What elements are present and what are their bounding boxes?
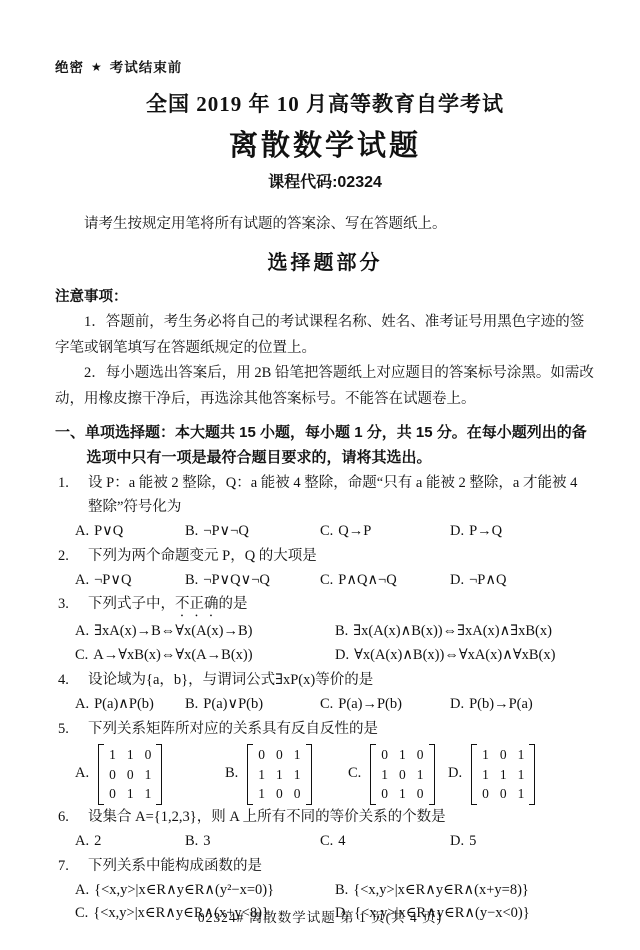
option-b: B.3 [185,830,320,854]
classification-label: 绝密 [55,60,84,75]
question-1-text: 1. 设 P：a 能被 2 整除，Q：a 能被 4 整除，命题“只有 a 能被 … [55,472,595,520]
right-bracket [529,744,535,805]
option-a: A.∃xA(x)→B⇔∀x(A(x)→B) [75,620,335,644]
option-c: C.4 [320,830,450,854]
option-d: D.P(b)→P(a) [450,693,595,717]
option-a: A.¬P∨Q [75,569,185,593]
exam-session-title: 全国 2019 年 10 月高等教育自学考试 [55,88,595,118]
question-4: 4. 设论域为{a，b}，与谓词公式∃xP(x)等价的是 A.P(a)∧P(b)… [55,669,595,717]
option-b: B.∃x(A(x)∧B(x))⇔∃xA(x)∧∃xB(x) [335,620,595,644]
option-d: D.¬P∧Q [450,569,595,593]
option-a: A.P(a)∧P(b) [75,693,185,717]
question-1: 1. 设 P：a 能被 2 整除，Q：a 能被 4 整除，命题“只有 a 能被 … [55,472,595,544]
question-3: 3. 下列式子中，不正确的是 A.∃xA(x)→B⇔∀x(A(x)→B) B.∃… [55,593,595,668]
star-icon: ★ [91,60,103,74]
option-b: B.¬P∨¬Q [185,520,320,544]
option-c: C.P∧Q∧¬Q [320,569,450,593]
page-footer: 02324# 离散数学试题 第 1 页(共 4 页) [0,906,640,926]
relation-matrix-c: 010101010 [370,744,434,805]
notes-title: 注意事项： [55,285,595,310]
note-item-1: 1．答题前，考生务必将自己的考试课程名称、姓名、准考证号用黑色字迹的签字笔或钢笔… [55,310,595,361]
relation-matrix-a: 110001011 [98,744,162,805]
option-c: C.P(a)→P(b) [320,693,450,717]
option-a: A.P∨Q [75,520,185,544]
question-2-options: A.¬P∨Q B.¬P∨Q∨¬Q C.P∧Q∧¬Q D.¬P∧Q [75,569,595,593]
question-5-text: 5. 下列关系矩阵所对应的关系具有反自反性的是 [55,718,595,742]
timing-label: 考试结束前 [110,60,183,75]
option-a: A.2 [75,830,185,854]
exam-page: 绝密★考试结束前 全国 2019 年 10 月高等教育自学考试 离散数学试题 课… [0,0,640,950]
note-item-2: 2．每小题选出答案后，用 2B 铅笔把答题纸上对应题目的答案标号涂黑。如需改动，… [55,361,595,412]
option-a: A.{<x,y>|x∈R∧y∈R∧(y²−x=0)} [75,879,335,903]
question-number: 7. [55,855,88,879]
section-title: 选择题部分 [55,246,595,275]
question-2-text: 2. 下列为两个命题变元 P，Q 的大项是 [55,545,595,569]
option-d: D.∀x(A(x)∧B(x))⇔∀xA(x)∧∀xB(x) [335,644,595,668]
option-c: C.A→∀xB(x)⇔∀x(A→B(x)) [75,644,335,668]
question-3-text: 3. 下列式子中，不正确的是 [55,593,595,620]
question-1-options: A.P∨Q B.¬P∨¬Q C.Q→P D.P→Q [75,520,595,544]
right-bracket [156,744,162,805]
question-4-text: 4. 设论域为{a，b}，与谓词公式∃xP(x)等价的是 [55,669,595,693]
question-5: 5. 下列关系矩阵所对应的关系具有反自反性的是 A. 110001011 B. … [55,718,595,805]
option-b: B. 001111100 [225,744,348,805]
question-7-options-row1: A.{<x,y>|x∈R∧y∈R∧(y²−x=0)} B.{<x,y>|x∈R∧… [75,879,595,903]
option-c: C.Q→P [320,520,450,544]
question-number: 1. [55,472,88,520]
option-b: B.¬P∨Q∨¬Q [185,569,320,593]
classification-line: 绝密★考试结束前 [55,56,595,76]
question-3-options-row2: C.A→∀xB(x)⇔∀x(A→B(x)) D.∀x(A(x)∧B(x))⇔∀x… [75,644,595,668]
relation-matrix-d: 101111001 [471,744,535,805]
answer-sheet-instruction: 请考生按规定用笔将所有试题的答案涂、写在答题纸上。 [55,212,595,233]
question-2: 2. 下列为两个命题变元 P，Q 的大项是 A.¬P∨Q B.¬P∨Q∨¬Q C… [55,545,595,593]
exam-subject-title: 离散数学试题 [55,123,595,164]
option-d: D. 101111001 [448,744,535,805]
relation-matrix-b: 001111100 [247,744,311,805]
question-6-options: A.2 B.3 C.4 D.5 [75,830,595,854]
question-5-options: A. 110001011 B. 001111100 C. 010101010 D… [75,744,595,805]
question-number: 3. [55,593,88,620]
option-d: D.5 [450,830,595,854]
question-4-options: A.P(a)∧P(b) B.P(a)∨P(b) C.P(a)→P(b) D.P(… [75,693,595,717]
question-number: 2. [55,545,88,569]
option-b: B.{<x,y>|x∈R∧y∈R∧(x+y=8)} [335,879,595,903]
part1-heading: 一、单项选择题：本大题共 15 小题，每小题 1 分，共 15 分。在每小题列出… [55,420,595,471]
question-6-text: 6. 设集合 A={1,2,3}，则 A 上所有不同的等价关系的个数是 [55,806,595,830]
question-3-options-row1: A.∃xA(x)→B⇔∀x(A(x)→B) B.∃x(A(x)∧B(x))⇔∃x… [75,620,595,644]
course-code: 课程代码:02324 [55,169,595,192]
option-b: B.P(a)∨P(b) [185,693,320,717]
option-a: A. 110001011 [75,744,225,805]
question-number: 4. [55,669,88,693]
emphasized-text: 不正确 [175,596,219,612]
option-c: C. 010101010 [348,744,448,805]
notes-block: 注意事项： 1．答题前，考生务必将自己的考试课程名称、姓名、准考证号用黑色字迹的… [55,285,595,412]
question-number: 5. [55,718,88,742]
option-d: D.P→Q [450,520,595,544]
right-bracket [306,744,312,805]
question-6: 6. 设集合 A={1,2,3}，则 A 上所有不同的等价关系的个数是 A.2 … [55,806,595,854]
question-7-text: 7. 下列关系中能构成函数的是 [55,855,595,879]
right-bracket [429,744,435,805]
question-number: 6. [55,806,88,830]
